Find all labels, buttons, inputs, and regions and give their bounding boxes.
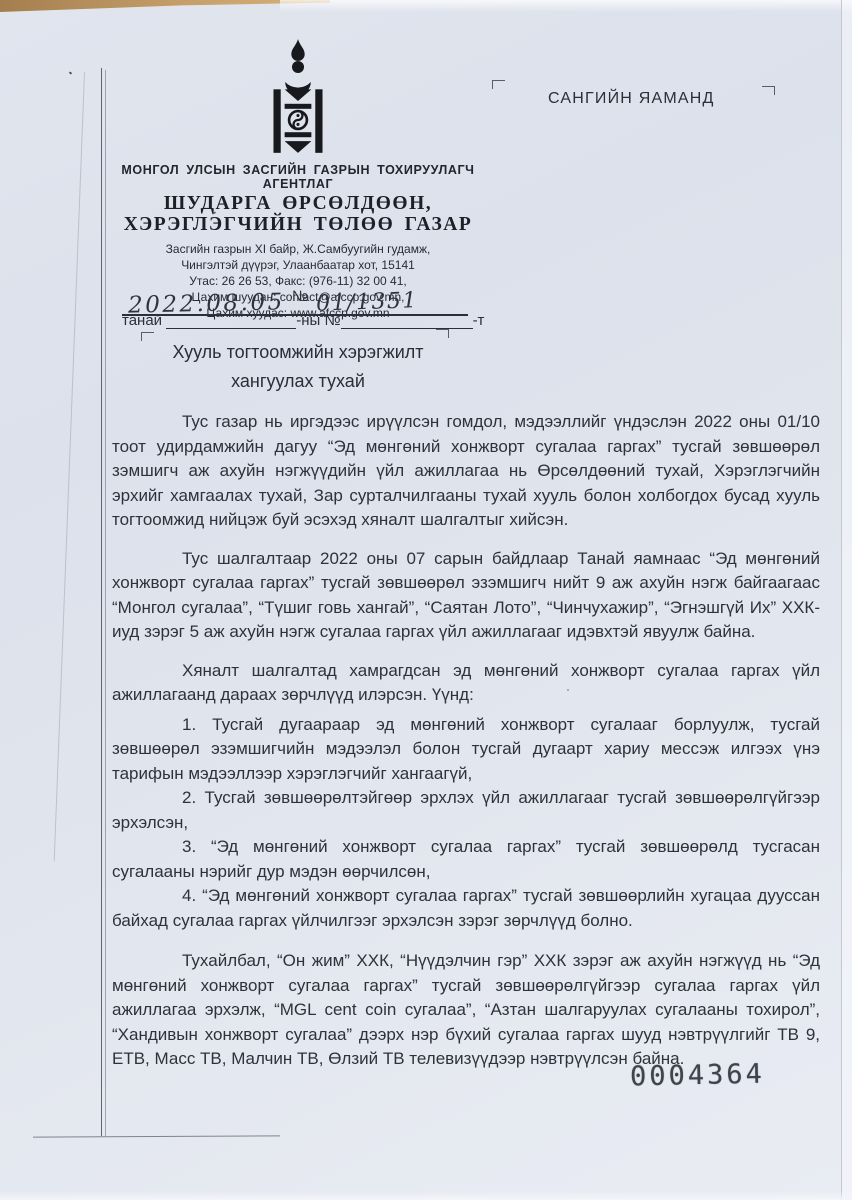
list-item: 2. Тусгай зөвшөөрөлтэйгөөр эрхлэх үйл аж… (112, 786, 820, 835)
scanned-letter-page: МОНГОЛ УЛСЫН ЗАСГИЙН ГАЗРЫН ТОХИРУУЛАГЧ … (0, 0, 852, 1200)
list-item: 1. Тусгай дугаараар эд мөнгөний хонжворт… (112, 713, 820, 787)
agency-line: МОНГОЛ УЛСЫН ЗАСГИЙН ГАЗРЫН ТОХИРУУЛАГЧ … (115, 163, 481, 191)
paragraph: Тус шалгалтаар 2022 оны 07 сарын байдлаа… (112, 547, 820, 645)
organization-name: ШУДАРГА ӨРСӨЛДӨӨН, ХЭРЭГЛЭГЧИЙН ТӨЛӨӨ ГА… (115, 193, 481, 235)
corner-mark (492, 80, 505, 89)
crease-line (33, 1135, 280, 1137)
paper-top-edge (280, 0, 852, 12)
letter-body: Тус газар нь иргэдээс ирүүлсэн гомдол, м… (112, 410, 820, 1072)
crease-line (101, 68, 102, 1136)
paragraph: Хяналт шалгалтад хамрагдсан эд мөнгөний … (112, 659, 820, 708)
paper-bottom-edge (0, 1191, 852, 1200)
paragraph: Тухайлбал, “Он жим” ХХК, “Нүүдэлчин гэр”… (112, 949, 820, 1072)
list-item: 3. “Эд мөнгөний хонжворт сугалаа гаргах”… (112, 835, 820, 884)
your-ref-suffix: -т (473, 312, 485, 329)
blank-rule (341, 314, 473, 329)
your-ref-mid: -ны № (296, 312, 340, 329)
crease-line (54, 72, 85, 861)
subject-line2: хангуулах тухай (148, 367, 448, 396)
your-ref-prefix: танай (122, 312, 162, 329)
paragraph: Тус газар нь иргэдээс ирүүлсэн гомдол, м… (112, 410, 820, 533)
address-line: Засгийн газрын XI байр, Ж.Самбуугийн гуд… (115, 241, 481, 257)
scan-speck (69, 71, 73, 74)
corner-mark (436, 329, 449, 338)
list-item: 4. “Эд мөнгөний хонжворт сугалаа гаргах”… (112, 884, 820, 933)
corner-mark (762, 86, 775, 95)
blank-rule (166, 314, 296, 329)
organization-name-line1: ШУДАРГА ӨРСӨЛДӨӨН, (115, 193, 481, 214)
soyombo-emblem-icon (259, 38, 337, 154)
address-line: Чингэлтэй дүүрэг, Улаанбаатар хот, 15141 (115, 257, 481, 273)
subject-line1: Хууль тогтоомжийн хэрэгжилт (148, 338, 448, 367)
letterhead: МОНГОЛ УЛСЫН ЗАСГИЙН ГАЗРЫН ТОХИРУУЛАГЧ … (115, 38, 481, 321)
subject: Хууль тогтоомжийн хэрэгжилт хангуулах ту… (148, 338, 448, 396)
recipient: САНГИЙН ЯАМАНД (548, 90, 715, 108)
your-reference-line: танай -ны №-т (122, 312, 502, 329)
stamp-number: 0004364 (630, 1059, 765, 1093)
organization-name-line2: ХЭРЭГЛЭГЧИЙН ТӨЛӨӨ ГАЗАР (115, 214, 481, 235)
address-line: Утас: 26 26 53, Факс: (976-11) 32 00 41, (115, 273, 481, 289)
paper-right-edge-highlight (842, 0, 852, 1200)
crease-line (105, 70, 106, 1136)
